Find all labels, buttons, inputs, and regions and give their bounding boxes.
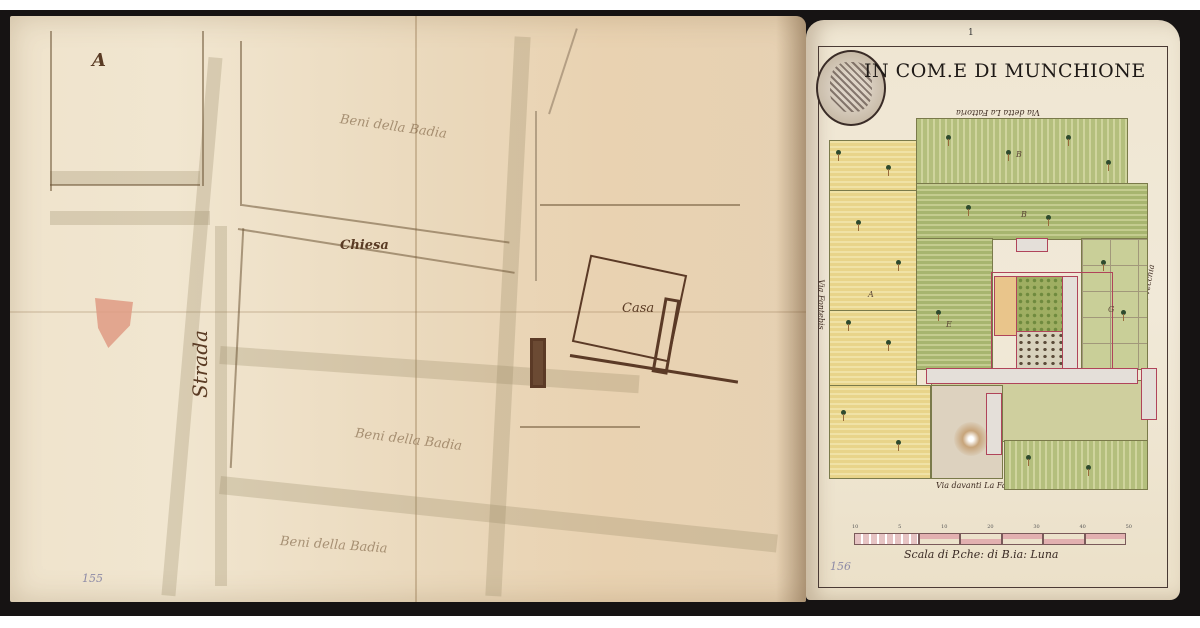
tree-icon xyxy=(1106,160,1111,165)
tree-icon xyxy=(936,310,941,315)
scale-segment xyxy=(960,533,1001,545)
annotation-text: Strada xyxy=(188,330,212,398)
tree-icon xyxy=(1026,455,1031,460)
tree-icon xyxy=(896,260,901,265)
parcel-letter: G xyxy=(1108,305,1114,314)
right-page-estate-map: 1 IN COM.E DI MUNCHIONE Via detta La Fat… xyxy=(806,20,1180,600)
field-parcel xyxy=(829,310,917,387)
spine-shadow xyxy=(776,16,806,602)
tree-icon xyxy=(1121,310,1126,315)
left-page-sketch-map: A Beni della Badia Chiesa Beni della Bad… xyxy=(10,16,806,602)
boundary-line xyxy=(50,184,200,186)
tree-icon xyxy=(856,220,861,225)
tree-icon xyxy=(1066,135,1071,140)
boundary-line xyxy=(520,426,640,428)
field-parcel-e xyxy=(916,238,993,370)
building xyxy=(1016,238,1048,252)
stream-line xyxy=(548,28,578,114)
page-number: 156 xyxy=(830,560,851,573)
tree-icon xyxy=(896,440,901,445)
tree-icon xyxy=(1006,150,1011,155)
formal-garden-d xyxy=(1016,276,1063,333)
annotation-text: Chiesa xyxy=(340,238,389,253)
faded-road xyxy=(161,57,222,596)
boundary-line xyxy=(50,31,52,191)
threshing-floor xyxy=(954,422,988,456)
parcel-letter: B xyxy=(1016,150,1022,159)
field-parcel-b xyxy=(916,118,1128,185)
scale-label: Scala di P.che: di B.ia: Luna xyxy=(904,548,1058,561)
field-parcel xyxy=(1004,440,1148,490)
scale-tick: 10 xyxy=(941,524,947,530)
tree-icon xyxy=(836,150,841,155)
scale-tick: 40 xyxy=(1079,524,1085,530)
building-range xyxy=(926,368,1138,384)
scale-tick: 20 xyxy=(987,524,993,530)
annotation-text: Beni della Badia xyxy=(339,112,448,142)
scale-tick: 50 xyxy=(1126,524,1132,530)
tree-icon xyxy=(1101,260,1106,265)
orchard-grid xyxy=(1016,331,1063,369)
faded-road xyxy=(50,171,200,185)
faded-road xyxy=(50,211,210,225)
tree-icon xyxy=(966,205,971,210)
building-wing xyxy=(1062,276,1078,369)
annotation-text: Beni della Badia xyxy=(279,534,387,556)
field-parcel xyxy=(829,385,931,479)
tree-icon xyxy=(886,340,891,345)
annotation-text: Beni della Badia xyxy=(354,426,463,454)
barn xyxy=(986,393,1002,455)
red-wax-stain xyxy=(95,298,133,348)
boundary-line xyxy=(240,41,242,206)
faded-road xyxy=(219,346,639,393)
map-title: IN COM.E DI MUNCHIONE xyxy=(864,60,1146,82)
chapel xyxy=(994,276,1018,336)
scale-segment xyxy=(854,533,919,545)
boundary-line xyxy=(202,31,204,186)
gate-building xyxy=(1141,368,1157,420)
tree-icon xyxy=(946,135,951,140)
page-number: 155 xyxy=(82,572,103,585)
scale-tick: 10 xyxy=(852,524,858,530)
road-label-left: Via Fontebis xyxy=(817,279,826,329)
scale-tick: 30 xyxy=(1033,524,1039,530)
parcel-letter: B xyxy=(1021,210,1027,219)
annotation-text: Casa xyxy=(622,301,654,316)
tree-icon xyxy=(846,320,851,325)
field-parcel xyxy=(829,140,917,192)
scale-segment xyxy=(1002,533,1043,545)
stream-line xyxy=(535,111,537,281)
scale-segment xyxy=(1043,533,1084,545)
tree-icon xyxy=(1046,215,1051,220)
tree-icon xyxy=(886,165,891,170)
parcel-letter: A xyxy=(868,290,874,299)
scale-bar xyxy=(854,533,1126,545)
folio-mark: 1 xyxy=(968,28,974,38)
field-parcel-b xyxy=(916,183,1148,240)
scale-ticks: 10 5 10 20 30 40 50 xyxy=(852,524,1132,530)
tree-icon xyxy=(841,410,846,415)
marginal-letter: A xyxy=(92,50,106,71)
scale-segment xyxy=(1085,533,1126,545)
parcel-letter: E xyxy=(946,320,952,329)
scale-segment xyxy=(919,533,960,545)
estate-plan: A B B E G xyxy=(826,110,1166,490)
tree-icon xyxy=(1086,465,1091,470)
scale-tick: 5 xyxy=(898,524,901,530)
faded-road xyxy=(215,226,227,586)
boundary-line xyxy=(540,204,740,206)
sketched-chapel xyxy=(530,338,546,388)
